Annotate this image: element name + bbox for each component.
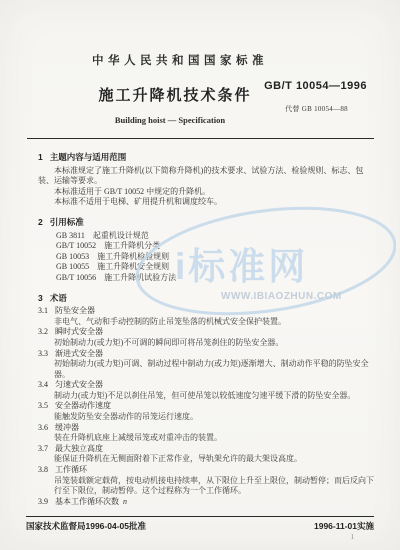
section-number: 2 [38, 217, 43, 227]
term-number: 3.8 [38, 465, 48, 474]
reference-item: GB 10055 施工升降机安全规则 [38, 262, 374, 273]
term-heading: 3.4匀速式安全器 [38, 380, 374, 391]
term-definition: 初始制动力(或力矩)可调、制动过程中制动力(或力矩)逐渐增大、制动动作平稳的防坠… [38, 359, 374, 380]
term-name: 最大独立高度 [55, 444, 103, 453]
national-standard-line: 中华人民共和国国家标准 [38, 52, 374, 68]
term-definition: 能触发防坠安全器动作的吊笼运行速度。 [38, 412, 374, 423]
reference-item: GB 10053 施工升降机检验规则 [38, 252, 374, 263]
document-header: 中华人民共和国国家标准 施工升降机技术条件 Building hoist — S… [0, 0, 400, 125]
section-heading-scope: 1主题内容与适用范围 [38, 152, 374, 163]
scope-paragraph: 本标准适用于 GB/T 10052 中规定的升降机。 [38, 187, 374, 198]
term-name: 基本工作循环次数 [55, 497, 119, 506]
term-number: 3.6 [38, 423, 48, 432]
section-title: 引用标准 [50, 217, 84, 227]
implementation-note: 1996-11-01实施 [314, 520, 374, 532]
term-heading: 3.2瞬时式安全器 [38, 327, 374, 338]
standard-number: GB/T 10054—1996 [264, 80, 367, 92]
term-heading: 3.3渐进式安全器 [38, 349, 374, 360]
term-heading: 3.9基本工作循环次数n [38, 497, 374, 508]
reference-item: GB/T 10056 施工升降机试验方法 [38, 273, 374, 284]
term-definition: 非电气、气动和手动控制的防止吊笼坠落的机械式安全保护装置。 [38, 317, 374, 328]
term-heading: 3.7最大独立高度 [38, 444, 374, 455]
term-number: 3.5 [38, 401, 48, 410]
replaces-note: 代替 GB 10054—88 [285, 104, 348, 114]
term-definition: 能保证升降机在无侧面附着下正常作业，导轨架允许的最大架设高度。 [38, 454, 374, 465]
terms-list: 3.1防坠安全器非电气、气动和手动控制的防止吊笼坠落的机械式安全保护装置。3.2… [38, 306, 374, 507]
scope-paragraph: 本标准规定了施工升降机(以下简称升降机)的技术要求、试验方法、检验规则、标志、包… [38, 166, 374, 187]
term-definition: 装在升降机底座上减缓吊笼或对重冲击的装置。 [38, 433, 374, 444]
term-definition: 制动力(或力矩)不足以刹住吊笼，但可使吊笼以较低速度匀速平缓下滑的防坠安全器。 [38, 391, 374, 402]
term-name: 缓冲器 [55, 423, 79, 432]
term-name: 工作循环 [55, 465, 87, 474]
term-name: 瞬时式安全器 [55, 327, 103, 336]
term-name: 防坠安全器 [55, 306, 95, 315]
term-heading: 3.8工作循环 [38, 465, 374, 476]
document-footer: 国家技术监督局1996-04-05批准 1996-11-01实施 [26, 516, 374, 532]
scope-paragraph: 本标准不适用于电梯、矿用提升机和调度绞车。 [38, 197, 374, 208]
term-name: 匀速式安全器 [55, 380, 103, 389]
term-definition: 初始制动力(或力矩)不可调的瞬间即可将吊笼刹住的防坠安全器。 [38, 338, 374, 349]
section-title: 术语 [50, 293, 67, 303]
section-number: 1 [38, 152, 43, 162]
document-page: i标准网 WWW.IBIAOZHUN.COM 中华人民共和国国家标准 施工升降机… [0, 0, 400, 550]
term-heading: 3.1防坠安全器 [38, 306, 374, 317]
section-heading-terms: 3术语 [38, 293, 374, 304]
references-list: GB 3811 起重机设计规范GB/T 10052 施工升降机分类GB 1005… [38, 231, 374, 284]
reference-item: GB/T 10052 施工升降机分类 [38, 241, 374, 252]
reference-item: GB 3811 起重机设计规范 [38, 231, 374, 242]
term-number: 3.4 [38, 380, 48, 389]
term-number: 3.2 [38, 327, 48, 336]
term-symbol: n [123, 497, 127, 506]
section-heading-references: 2引用标准 [38, 217, 374, 228]
term-number: 3.3 [38, 349, 48, 358]
term-name: 渐进式安全器 [55, 349, 103, 358]
term-number: 3.9 [38, 497, 48, 506]
approval-note: 国家技术监督局1996-04-05批准 [26, 520, 146, 532]
term-number: 3.1 [38, 306, 48, 315]
term-heading: 3.6缓冲器 [38, 423, 374, 434]
term-definition: 吊笼装载额定载荷，按电动机接电持续率，从下限位上升至上限位，制动暂停；而后反向下… [38, 476, 374, 497]
section-number: 3 [38, 293, 43, 303]
document-title-english: Building hoist — Specification [38, 115, 374, 125]
section-title: 主题内容与适用范围 [50, 152, 127, 162]
document-body: 1主题内容与适用范围 本标准规定了施工升降机(以下简称升降机)的技术要求、试验方… [0, 139, 400, 507]
term-number: 3.7 [38, 444, 48, 453]
page-number: 1 [351, 533, 355, 541]
term-heading: 3.5安全器动作速度 [38, 401, 374, 412]
term-name: 安全器动作速度 [55, 401, 111, 410]
